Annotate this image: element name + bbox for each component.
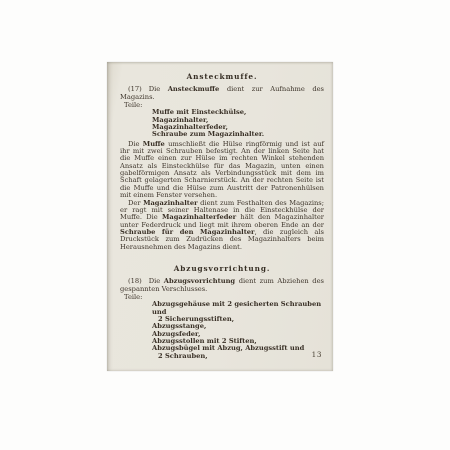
section-heading: Abzugsvorrichtung. xyxy=(120,265,324,272)
section-abzugsvorrichtung: Abzugsvorrichtung. (18)Die Abzugsvorrich… xyxy=(120,265,324,360)
body-paragraph: Der Magazinhalter dient zum Festhalten d… xyxy=(120,200,324,251)
page-number: 13 xyxy=(312,350,322,359)
body-paragraphs: Die Muffe umschließt die Hülse ringförmi… xyxy=(120,141,324,251)
parts-list: Abzugsgehäuse mit 2 gesicherten Schraube… xyxy=(152,301,324,360)
part-item: Schraube zum Magazinhalter. xyxy=(152,131,324,138)
paragraph-text: Die Ansteckmuffe dient zur Aufnahme des … xyxy=(120,85,324,100)
numbered-paragraph: (17)Die Ansteckmuffe dient zur Aufnahme … xyxy=(120,86,324,101)
part-item: 2 Schrauben, xyxy=(152,353,324,360)
term-bold: Ansteckmuffe xyxy=(168,85,220,93)
parts-list: Muffe mit Einsteckhülse,Magazinhalter,Ma… xyxy=(152,109,324,138)
section-ansteckmuffe: Ansteckmuffe. (17)Die Ansteckmuffe dient… xyxy=(120,73,324,251)
paragraph-text: Die Abzugsvorrichtung dient zum Abziehen… xyxy=(120,277,324,292)
manual-page: Ansteckmuffe. (17)Die Ansteckmuffe dient… xyxy=(107,62,333,371)
numbered-paragraph: (18)Die Abzugsvorrichtung dient zum Abzi… xyxy=(120,278,324,293)
scanned-document-canvas: Ansteckmuffe. (17)Die Ansteckmuffe dient… xyxy=(0,0,450,450)
text-run: umschließt die Hülse ringförmig und ist … xyxy=(120,140,324,199)
body-paragraph: Die Muffe umschließt die Hülse ringförmi… xyxy=(120,141,324,200)
part-item: Abzugsgehäuse mit 2 gesicherten Schraube… xyxy=(152,301,324,316)
section-heading: Ansteckmuffe. xyxy=(120,73,324,80)
page-content: Ansteckmuffe. (17)Die Ansteckmuffe dient… xyxy=(120,71,324,362)
